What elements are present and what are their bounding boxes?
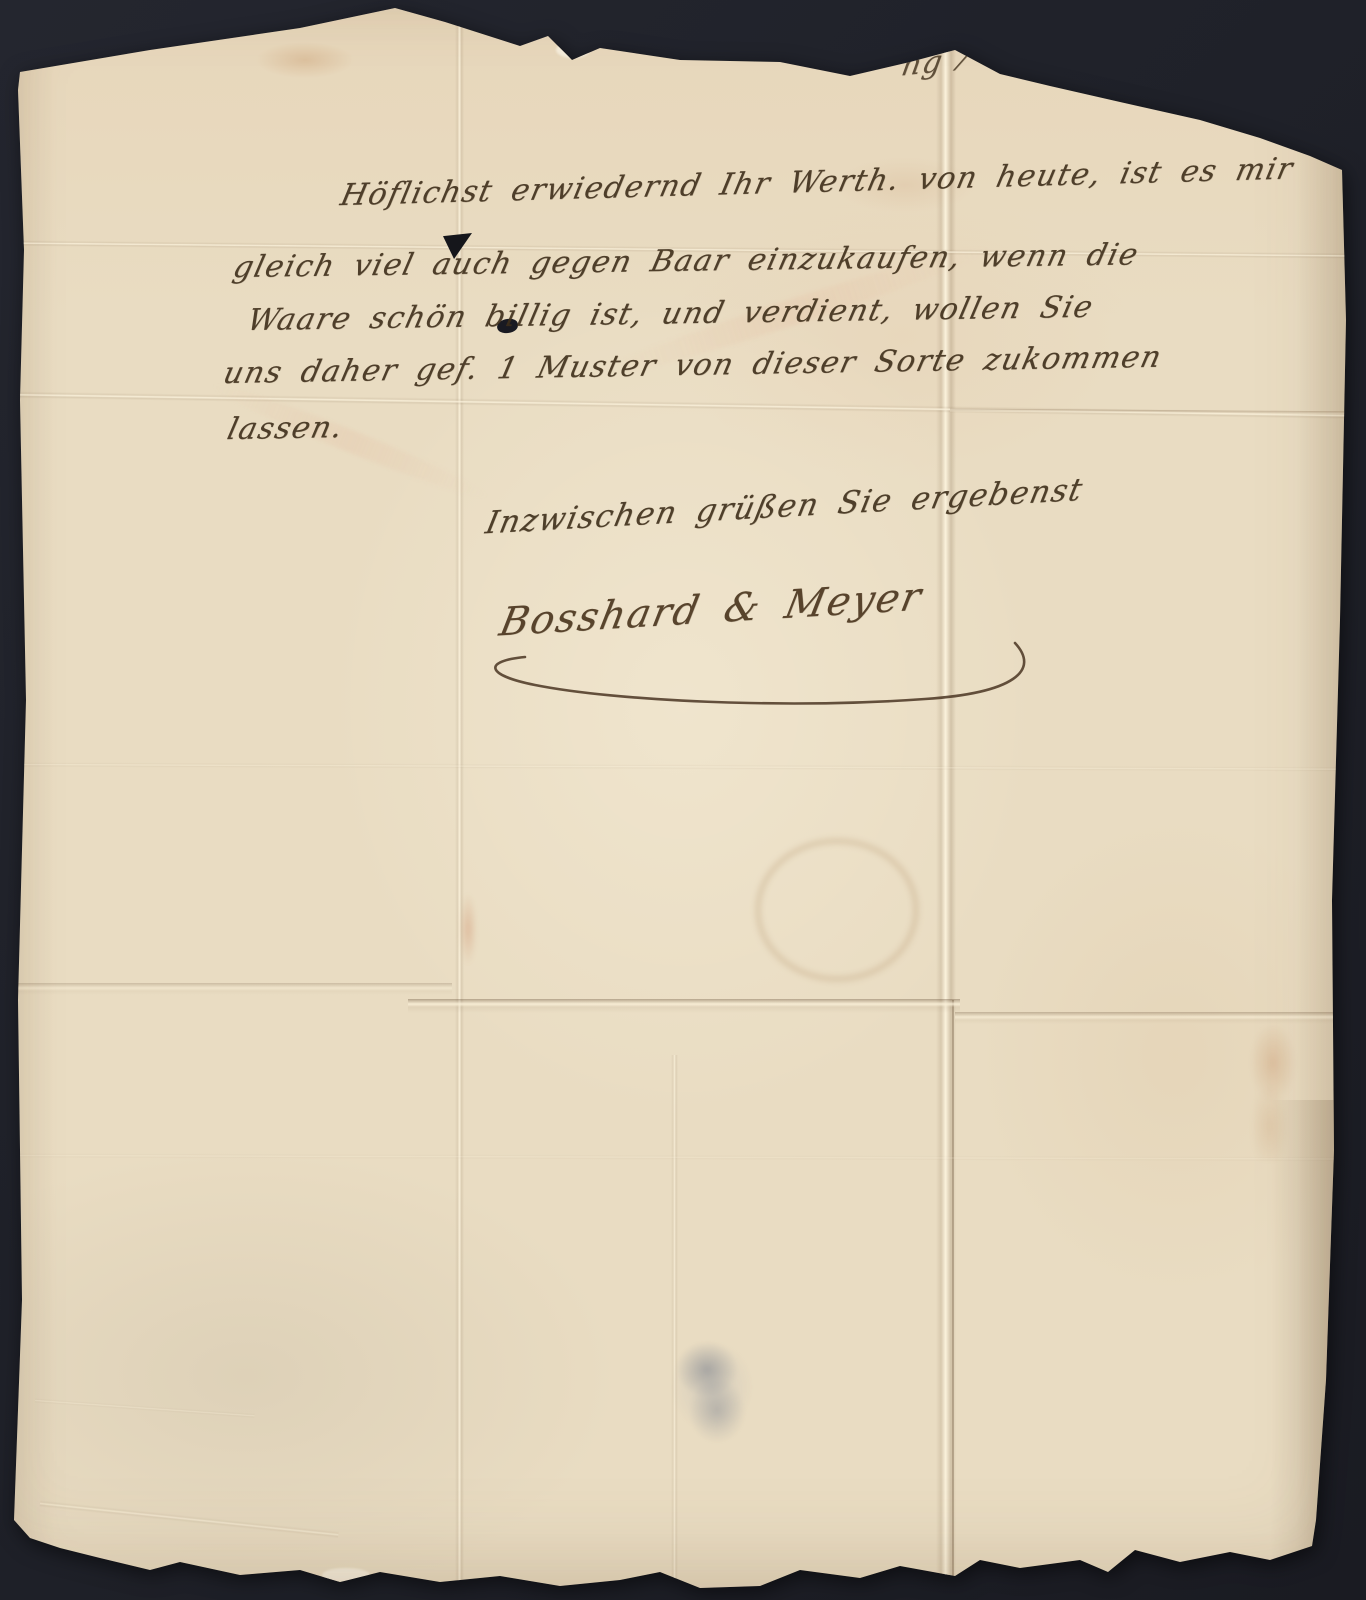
letter-paper: ng ⁄ = Höflichst erwiedernd Ihr Werth. v… xyxy=(0,0,1366,1600)
fold-crease-horizontal-mid xyxy=(0,391,1366,419)
seal-residue-smudge xyxy=(662,1328,762,1446)
fold-edge-line-right xyxy=(952,1000,954,1590)
paper-vignette xyxy=(0,0,1366,1600)
fold-crease-horizontal-lower xyxy=(0,1153,1366,1162)
postmark-ghost-circle xyxy=(755,838,919,982)
letter-line-4: uns daher gef. 1 Muster von dieser Sorte… xyxy=(220,340,1166,392)
torn-top-text-fragment: ng ⁄ xyxy=(899,41,972,84)
fold-overlap-right xyxy=(955,1012,1345,1024)
letter-line-1: Höflichst erwiedernd Ihr Werth. von heut… xyxy=(337,151,1297,213)
letter-line-5: lassen. xyxy=(224,410,347,447)
stray-pen-mark: = xyxy=(1195,65,1217,92)
fold-overlap-left xyxy=(16,983,452,995)
letter-line-2: gleich viel auch gegen Baar einzukaufen,… xyxy=(230,237,1143,285)
fold-crease-horizontal-center xyxy=(0,762,1366,772)
crease-rust-stain xyxy=(455,880,481,978)
paper-tuft-top xyxy=(556,42,590,58)
fold-overlap-center xyxy=(408,999,960,1013)
letter-line-3: Waare schön billig ist, und verdient, wo… xyxy=(244,290,1097,338)
paper-shadow-wrap: ng ⁄ = Höflichst erwiedernd Ihr Werth. v… xyxy=(0,0,1366,1600)
rust-fingerprint-stain xyxy=(1238,1025,1308,1160)
right-edge-shading xyxy=(1270,1100,1340,1560)
fold-overlap-edge-mid-right xyxy=(950,409,1366,415)
scanned-letter-scene: ng ⁄ = Höflichst erwiedernd Ihr Werth. v… xyxy=(0,0,1366,1600)
fold-crease-vertical-lower-center xyxy=(671,1055,678,1600)
signature-flourish xyxy=(455,615,1075,735)
paper-tuft-bottom xyxy=(322,1568,370,1582)
closing-line: Inzwischen grüßen Sie ergebenst xyxy=(482,472,1086,542)
wrinkle-bottom-left-small xyxy=(35,1398,255,1418)
corner-wrinkle-bottom-left xyxy=(40,1500,339,1538)
fold-crease-vertical-left xyxy=(455,0,464,1600)
